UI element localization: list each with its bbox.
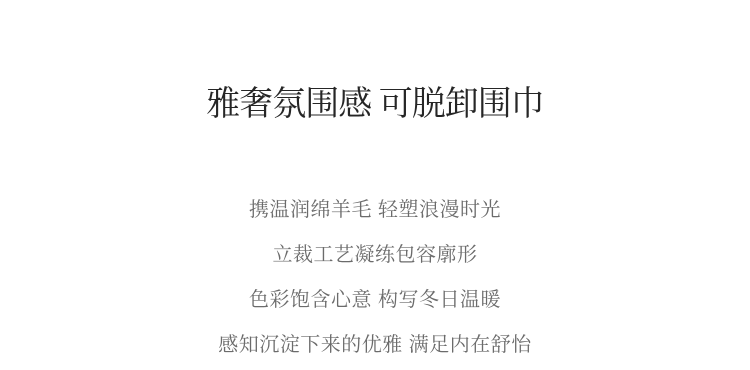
- feature-line-comfort: 感知沉淀下来的优雅 满足内在舒怡: [0, 323, 750, 368]
- feature-line-color: 色彩饱含心意 构写冬日温暖: [0, 278, 750, 323]
- feature-list: 携温润绵羊毛 轻塑浪漫时光 立裁工艺凝练包容廓形 色彩饱含心意 构写冬日温暖 感…: [0, 188, 750, 368]
- product-description-section: 雅奢氛围感 可脱卸围巾 携温润绵羊毛 轻塑浪漫时光 立裁工艺凝练包容廓形 色彩饱…: [0, 0, 750, 370]
- feature-line-tailoring: 立裁工艺凝练包容廓形: [0, 233, 750, 278]
- feature-line-material: 携温润绵羊毛 轻塑浪漫时光: [0, 188, 750, 233]
- page-title: 雅奢氛围感 可脱卸围巾: [0, 0, 750, 126]
